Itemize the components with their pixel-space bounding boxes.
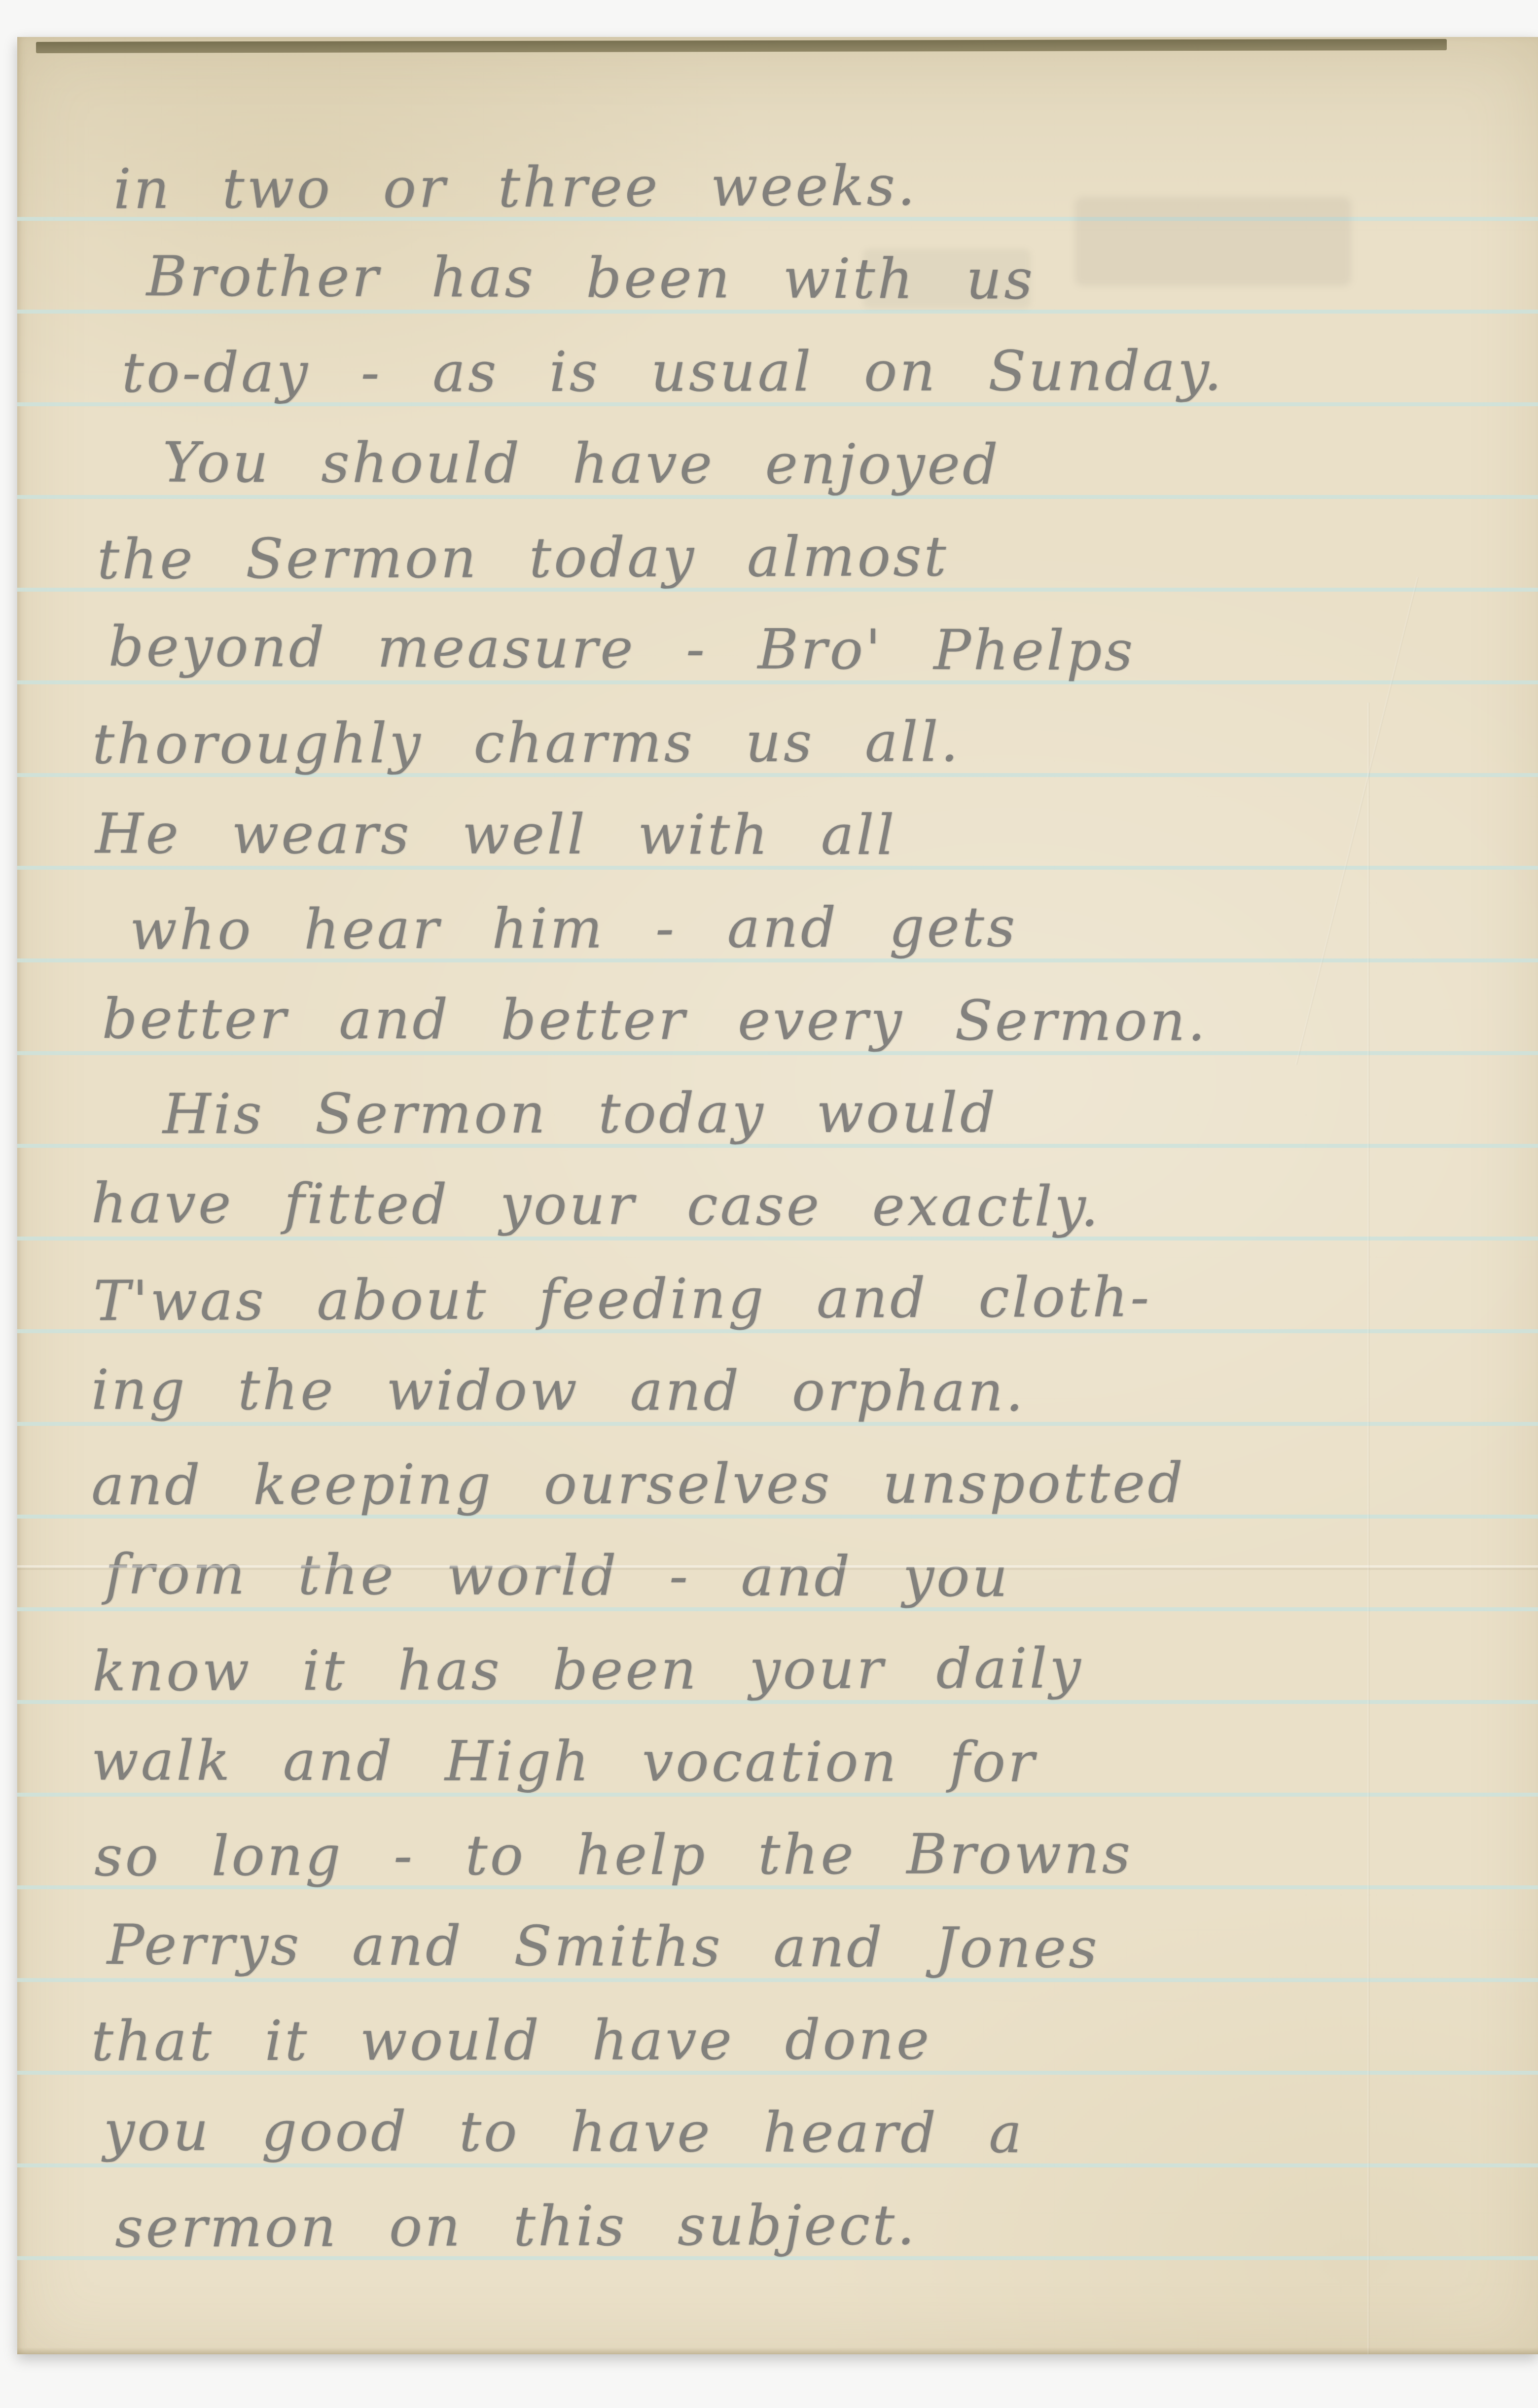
- letter-paper: in two or three weeks. Brother has been …: [17, 37, 1538, 2354]
- letter-line: so long - to help the Browns: [94, 1791, 1538, 1887]
- letter-line: You should have enjoyed: [91, 400, 1538, 497]
- letter-line-text: that it would have done: [91, 2008, 931, 2074]
- letter-line: walk and High vocation for: [91, 1699, 1538, 1794]
- letter-line: He wears well with all: [95, 772, 1538, 867]
- letter-line-text: have fitted your case exactly.: [91, 1171, 1101, 1239]
- paper-bottom-edge: [17, 2347, 1538, 2354]
- letter-line-text: to-day - as is usual on Sunday.: [122, 339, 1224, 405]
- letter-line: thoroughly charms us all.: [92, 678, 1538, 775]
- letter-line: have fitted your case exactly.: [91, 1141, 1538, 1239]
- letter-line-text: T'was about feeding and cloth-: [93, 1265, 1151, 1333]
- letter-line-text: Perrys and Smiths and Jones: [107, 1913, 1100, 1981]
- vertical-fold-crease: [1367, 703, 1370, 2354]
- letter-line-text: Brother has been with us: [146, 245, 1035, 312]
- letter-line-text: ing the widow and orphan.: [91, 1358, 1026, 1423]
- letter-line: His Sermon today would: [91, 1050, 1538, 1145]
- letter-line-text: the Sermon today almost: [97, 525, 949, 592]
- letter-line: sermon on this subject.: [115, 2161, 1538, 2259]
- letter-line-text: know it has been your daily: [92, 1636, 1083, 1703]
- letter-line-text: You should have enjoyed: [163, 431, 1001, 497]
- letter-line: that it would have done: [91, 1977, 1538, 2072]
- letter-line: you good to have heard a: [104, 2069, 1538, 2165]
- letter-line-text: He wears well with all: [95, 802, 897, 867]
- letter-line: and keeping ourselves unspotted: [91, 1420, 1538, 1516]
- letter-line: Perrys and Smiths and Jones: [107, 1883, 1538, 1981]
- scanned-letter: in two or three weeks. Brother has been …: [0, 0, 1538, 2408]
- letter-line-text: walk and High vocation for: [91, 1729, 1037, 1794]
- letter-line-text: so long - to help the Browns: [94, 1822, 1133, 1889]
- handwritten-text: in two or three weeks. Brother has been …: [17, 124, 1538, 2256]
- letter-line-text: His Sermon today would: [163, 1081, 998, 1146]
- letter-line: ing the widow and orphan.: [91, 1328, 1538, 1423]
- letter-line: know it has been your daily: [92, 1605, 1538, 1702]
- letter-line-text: sermon on this subject.: [115, 2193, 917, 2260]
- paper-top-edge: [36, 39, 1447, 53]
- letter-line-text: in two or three weeks.: [113, 154, 918, 221]
- letter-line-text: and keeping ourselves unspotted: [91, 1451, 1185, 1518]
- letter-line: beyond measure - Bro' Phelps: [108, 585, 1538, 684]
- letter-line: T'was about feeding and cloth-: [93, 1234, 1538, 1332]
- horizontal-fold-crease: [17, 1565, 1538, 1570]
- letter-line-text: thoroughly charms us all.: [92, 710, 961, 777]
- letter-line: the Sermon today almost: [97, 493, 1538, 590]
- letter-line-text: who hear him - and gets: [130, 895, 1018, 962]
- letter-line: from the world - and you: [105, 1512, 1538, 1609]
- letter-line-text: beyond measure - Bro' Phelps: [108, 615, 1136, 683]
- letter-line-text: better and better every Sermon.: [102, 987, 1208, 1054]
- letter-line-text: from the world - and you: [105, 1542, 1010, 1609]
- letter-line: better and better every Sermon.: [102, 957, 1538, 1053]
- letter-line-text: you good to have heard a: [104, 2099, 1025, 2165]
- letter-line: Brother has been with us: [146, 214, 1538, 312]
- letter-line: in two or three weeks.: [113, 121, 1538, 220]
- letter-line: to-day - as is usual on Sunday.: [122, 308, 1538, 403]
